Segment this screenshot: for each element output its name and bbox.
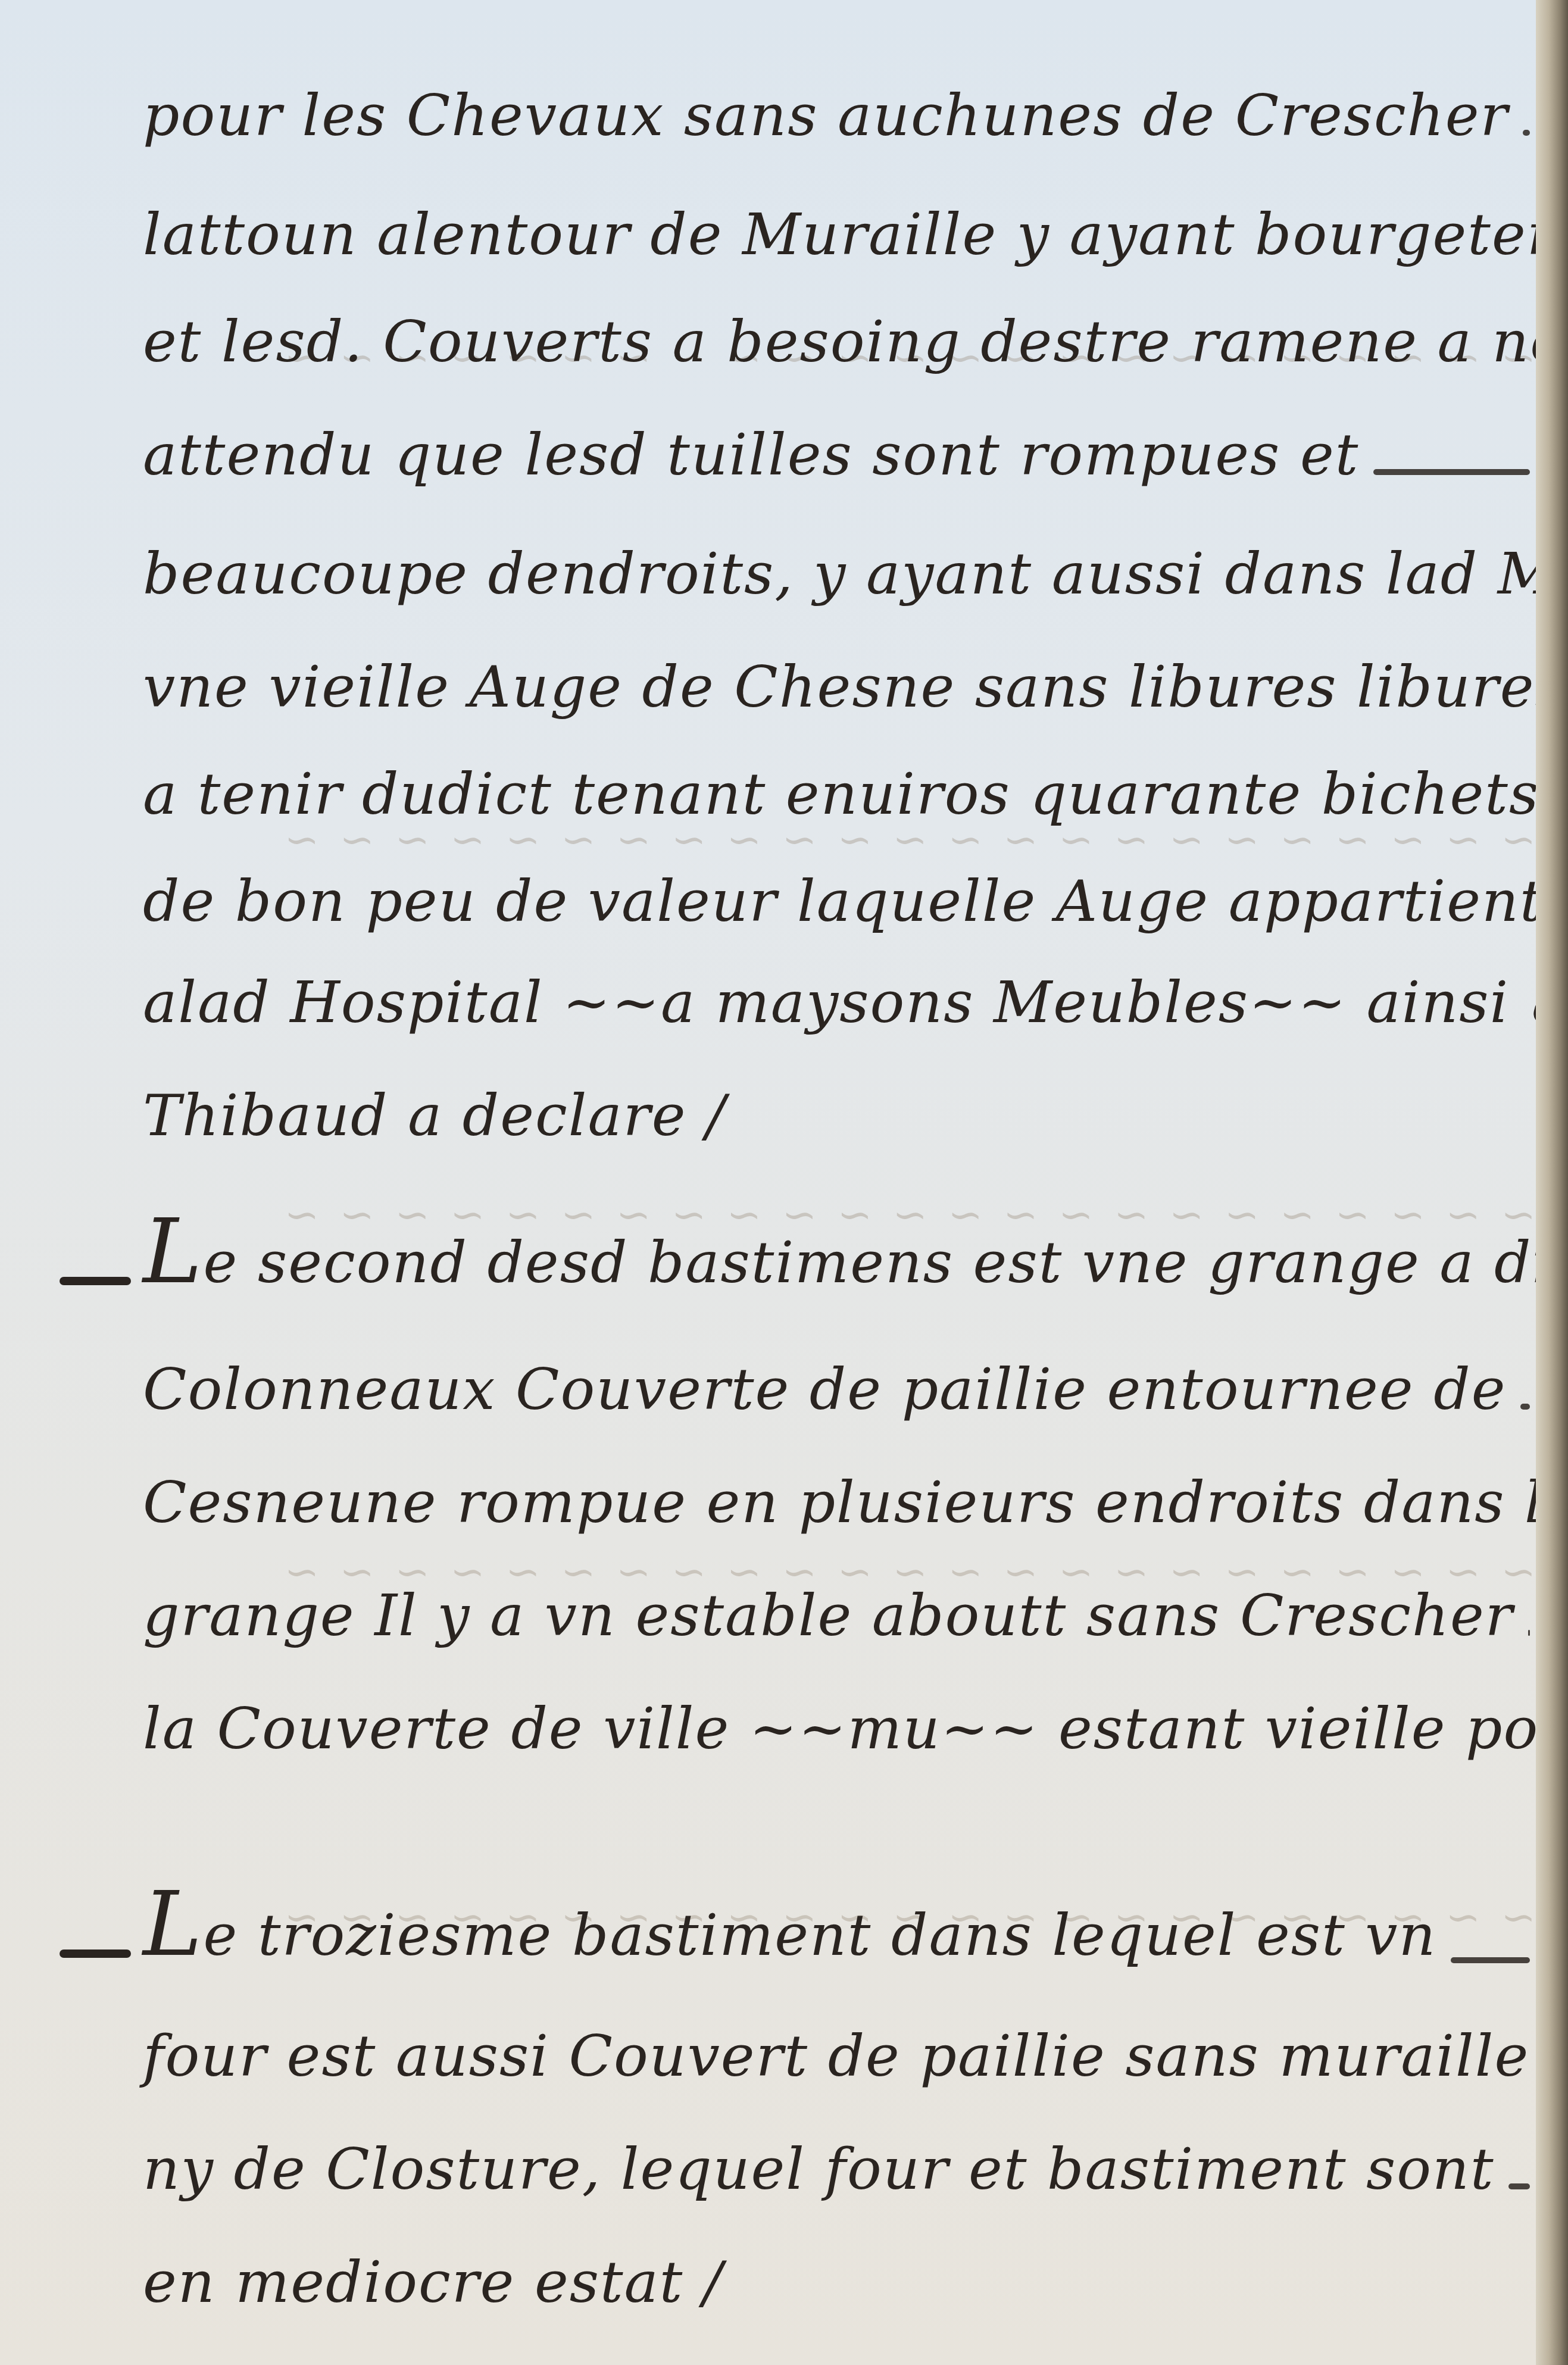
manuscript-line: a tenir dudict tenant enuiros quarante b…: [143, 750, 1530, 827]
manuscript-line: alad Hospital ~~a maysons Meubles~~ ains…: [143, 958, 1530, 1036]
manuscript-line: beaucoupe dendroits, y ayant aussi dans …: [143, 530, 1530, 607]
manuscript-line: la Couverte de ville ~~mu~~ estant vieil…: [143, 1685, 1530, 1762]
manuscript-line: vne vieille Auge de Chesne sans libures …: [143, 643, 1530, 720]
line-filler-stroke: [1523, 130, 1530, 136]
manuscript-line: attendu que lesd tuilles sont rompues et: [143, 411, 1530, 488]
manuscript-line: Thibaud a declare /: [143, 1071, 1530, 1149]
page-binding-edge: [1536, 0, 1568, 2365]
manuscript-line: et lesd. Couverts a besoing destre ramen…: [143, 298, 1530, 375]
manuscript-line: en mediocre estat /: [143, 2238, 1530, 2316]
manuscript-line: four est aussi Couvert de paillie sans m…: [143, 2012, 1530, 2089]
line-filler-stroke: [1451, 1957, 1530, 1963]
manuscript-page: ~ ~ ~ ~ ~ ~ ~ ~ ~ ~ ~ ~ ~ ~ ~ ~ ~ ~ ~ ~ …: [0, 0, 1536, 2365]
manuscript-line: Le second desd bastimens est vne grange …: [143, 1226, 1530, 1304]
line-filler-stroke: [1528, 1630, 1530, 1636]
paragraph-margin-stroke: [60, 1277, 131, 1285]
manuscript-line: grange Il y a vn estable aboutt sans Cre…: [143, 1572, 1530, 1649]
paragraph-margin-stroke: [60, 1950, 131, 1958]
line-filler-stroke: [1373, 469, 1530, 475]
manuscript-line: pour les Chevaux sans auchunes de Cresch…: [143, 71, 1530, 149]
manuscript-line: ny de Closture, lequel four et bastiment…: [143, 2125, 1530, 2202]
manuscript-line: lattoun alentour de Muraille y ayant bou…: [143, 190, 1530, 268]
line-filler-stroke: [1520, 1404, 1530, 1410]
manuscript-line: de bon peu de valeur laquelle Auge appar…: [143, 857, 1530, 935]
manuscript-line: Colonneaux Couverte de paillie entournee…: [143, 1345, 1530, 1423]
manuscript-line: Cesneune rompue en plusieurs endroits da…: [143, 1458, 1530, 1536]
line-filler-stroke: [1508, 2183, 1530, 2189]
manuscript-line: Le troziesme bastiment dans lequel est v…: [143, 1899, 1530, 1976]
